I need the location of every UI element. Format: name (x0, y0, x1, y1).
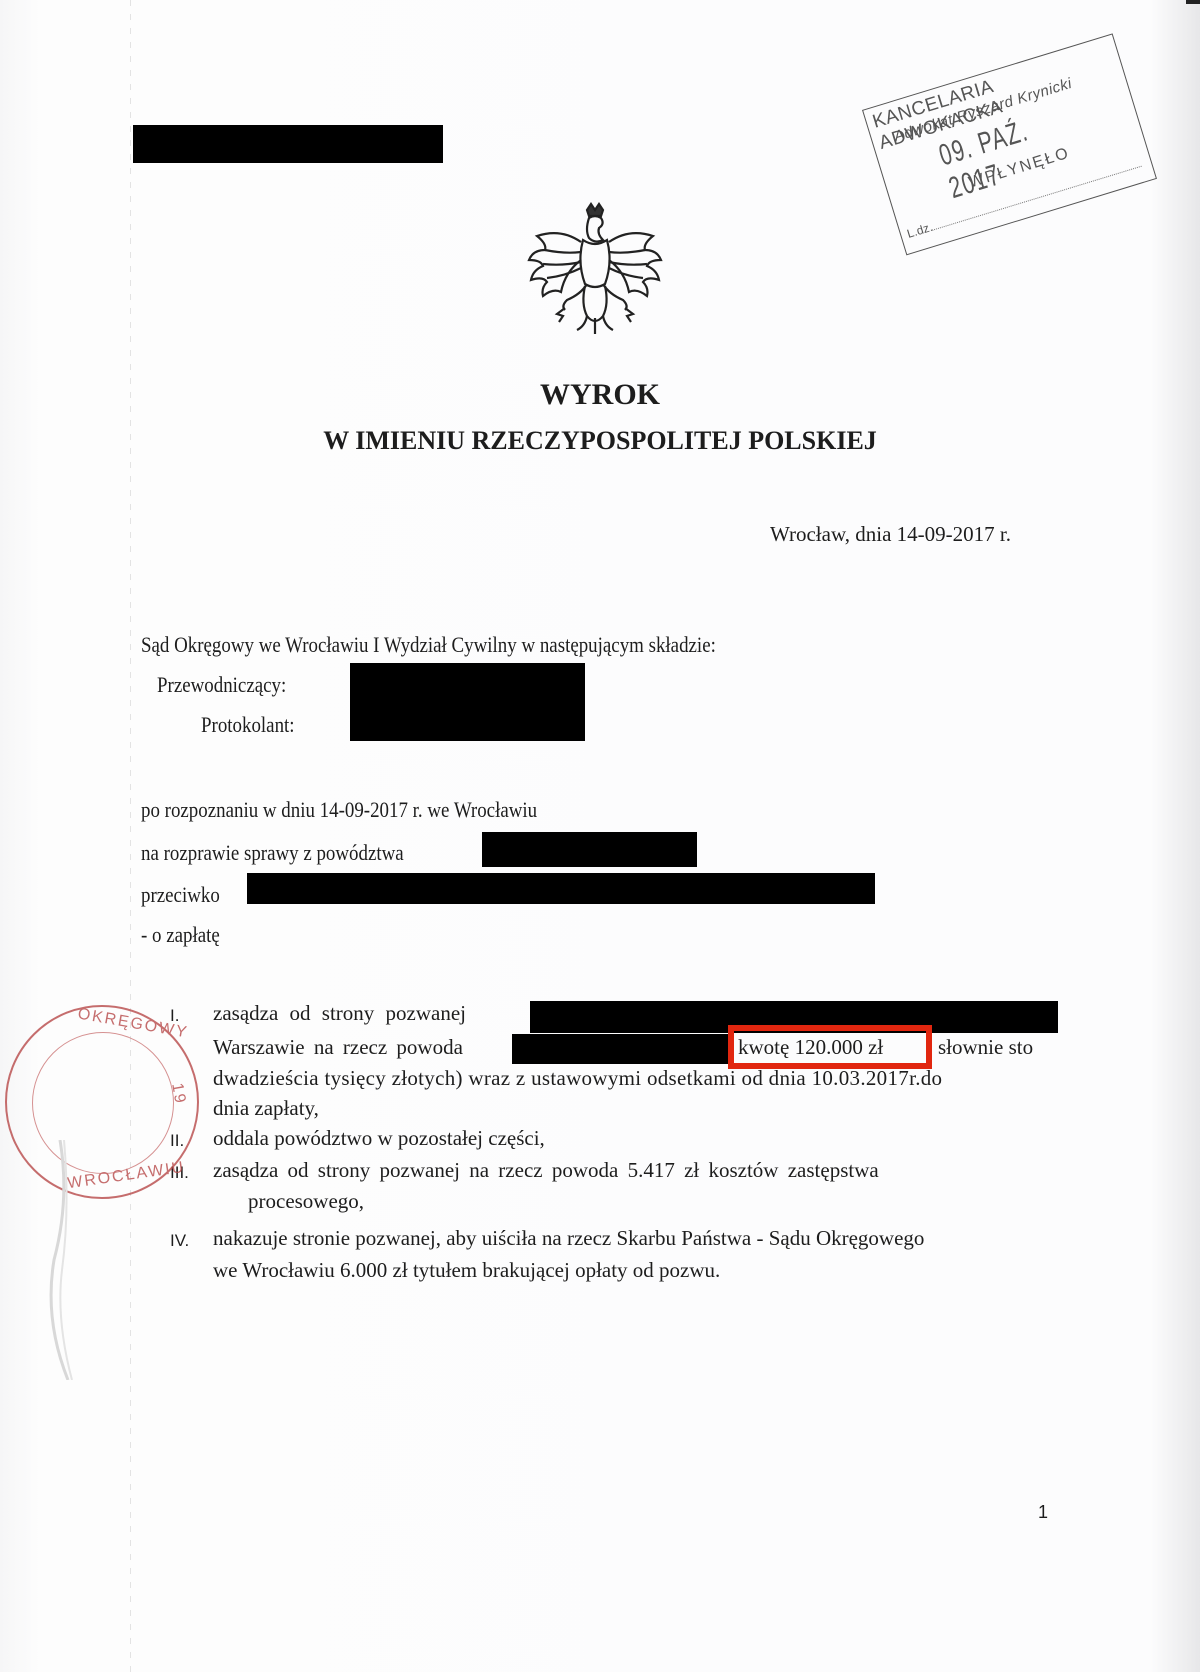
item-4-line2: we Wrocławiu 6.000 zł tytułem brakującej… (213, 1258, 720, 1283)
item-2-line1: oddala powództwo w pozostałej części, (213, 1126, 545, 1151)
scan-edge-mark (1186, 0, 1200, 4)
item-3-line1: zasądza od strony pozwanej na rzecz powo… (213, 1158, 879, 1183)
item-1-line1: zasądza od strony pozwanej (213, 1001, 466, 1026)
fold-line (130, 0, 131, 1672)
chair-label: Przewodniczący: (157, 672, 286, 698)
hearing-line: po rozpoznaniu w dniu 14-09-2017 r. we W… (141, 797, 537, 823)
redacted-plaintiff-2 (512, 1034, 732, 1064)
document-subtitle: W IMIENIU RZECZYPOSPOLITEJ POLSKIEJ (0, 426, 1200, 456)
against-label: przeciwko (141, 882, 220, 908)
item-3-line2: procesowego, (248, 1189, 364, 1214)
polish-eagle-emblem-icon (525, 200, 665, 340)
binding-string (30, 1140, 90, 1380)
document-title: WYROK (0, 378, 1200, 412)
clerk-label: Protokolant: (201, 712, 295, 738)
received-stamp: KANCELARIA ADWOKACKA Adwokat Ryszard Kry… (862, 33, 1157, 255)
item-1-line2b: słownie sto (938, 1035, 1033, 1060)
redacted-defendant (247, 873, 875, 904)
court-line: Sąd Okręgowy we Wrocławiu I Wydział Cywi… (141, 632, 716, 658)
subject-line: - o zapłatę (141, 922, 220, 948)
redacted-plaintiff (482, 832, 697, 867)
item-1-line4: dnia zapłaty, (213, 1096, 319, 1121)
seal-number: 19 (167, 1082, 189, 1107)
item-4-numeral: IV. (170, 1231, 189, 1251)
item-1-line3: dwadzieścia tysięcy złotych) wraz z usta… (213, 1066, 942, 1091)
amount-highlight-box (728, 1025, 932, 1069)
page-number: 1 (1038, 1502, 1048, 1523)
redacted-names (350, 663, 585, 741)
stamp-ldz: L.dz. (905, 220, 934, 241)
item-4-line1: nakazuje stronie pozwanej, aby uiściła n… (213, 1226, 924, 1251)
redacted-header (133, 125, 443, 163)
case-from-label: na rozprawie sprawy z powództwa (141, 840, 404, 866)
place-date: Wrocław, dnia 14-09-2017 r. (770, 522, 1011, 547)
scanned-page: KANCELARIA ADWOKACKA Adwokat Ryszard Kry… (0, 0, 1200, 1672)
item-1-line2a: Warszawie na rzecz powoda (213, 1035, 463, 1060)
